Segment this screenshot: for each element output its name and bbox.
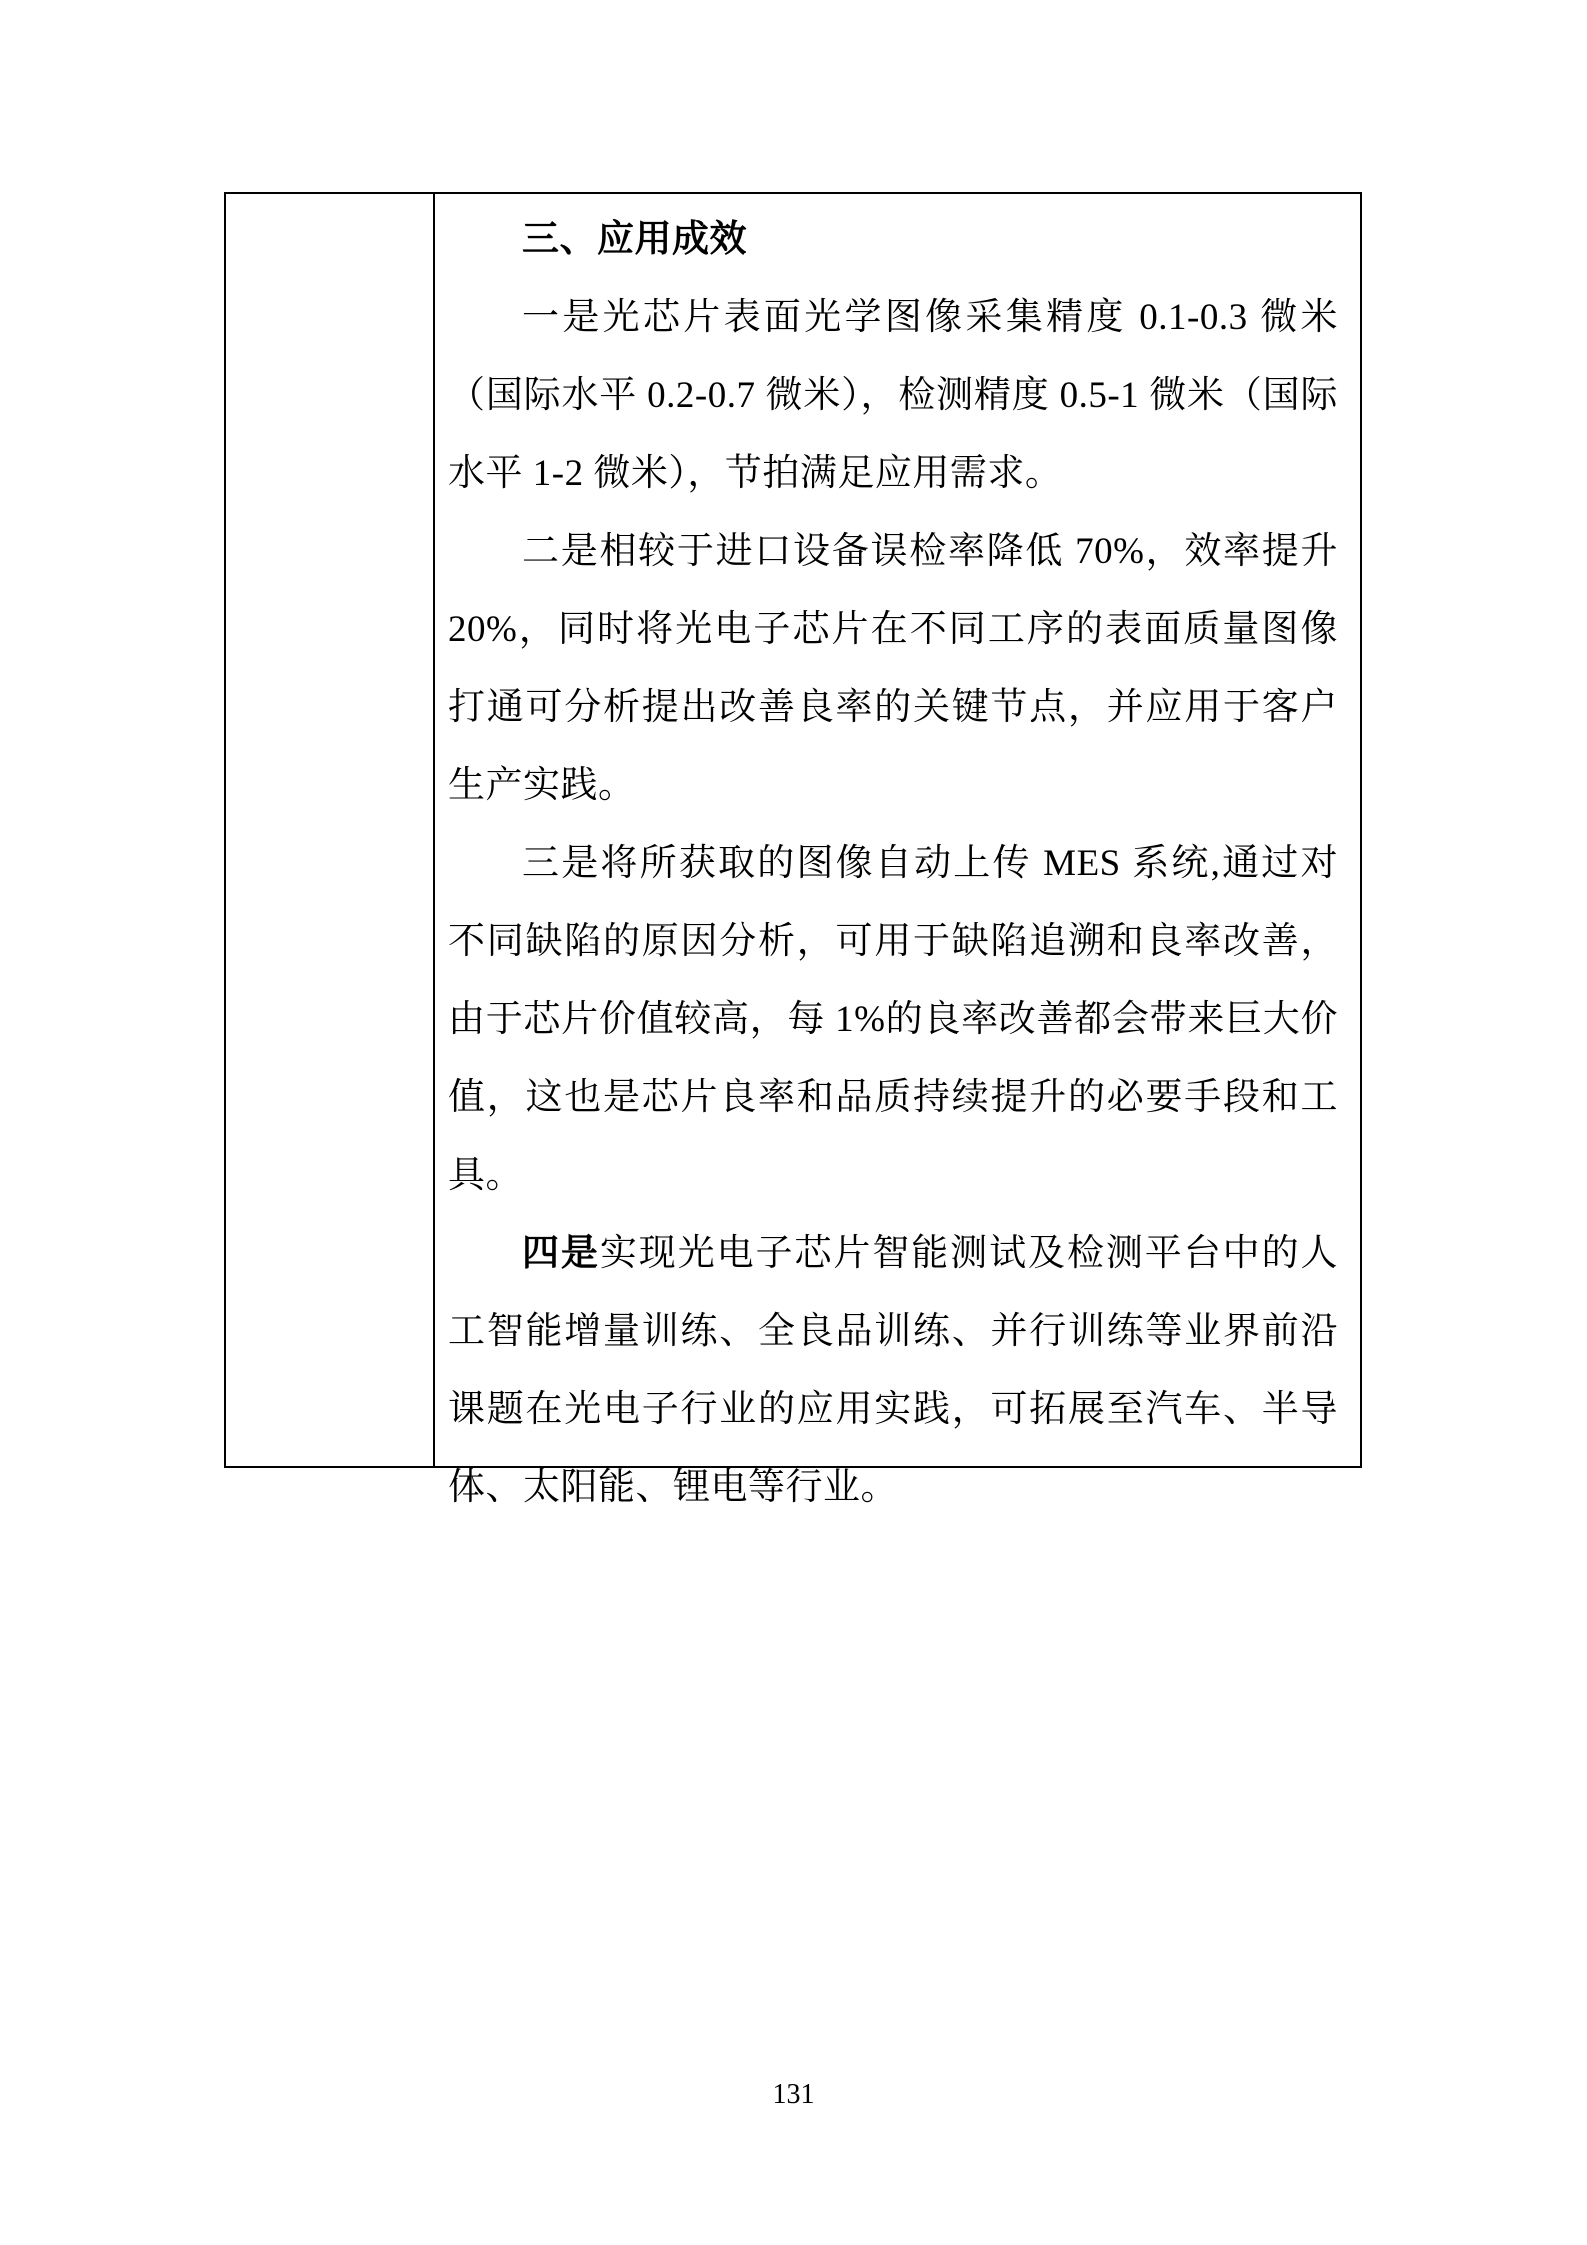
row-label-cell [226, 194, 435, 1466]
paragraph-lead: 三是 [522, 843, 600, 884]
content-table: 三、应用成效 一是光芯片表面光学图像采集精度 0.1-0.3 微米（国际水平 0… [224, 192, 1362, 1468]
paragraph: 一是光芯片表面光学图像采集精度 0.1-0.3 微米（国际水平 0.2-0.7 … [448, 279, 1338, 513]
paragraph: 四是实现光电子芯片智能测试及检测平台中的人工智能增量训练、全良品训练、并行训练等… [448, 1215, 1338, 1527]
paragraph: 二是相较于进口设备误检率降低 70%，效率提升 20%，同时将光电子芯片在不同工… [448, 513, 1338, 825]
content-cell: 三、应用成效 一是光芯片表面光学图像采集精度 0.1-0.3 微米（国际水平 0… [435, 194, 1360, 1466]
section-heading: 三、应用成效 [448, 201, 1338, 279]
paragraph-text: 相较于进口设备误检率降低 70%，效率提升 20%，同时将光电子芯片在不同工序的… [448, 531, 1338, 806]
document-page: 三、应用成效 一是光芯片表面光学图像采集精度 0.1-0.3 微米（国际水平 0… [0, 0, 1587, 2245]
paragraph-lead: 一是 [522, 297, 603, 338]
page-number: 131 [0, 2080, 1587, 2110]
paragraph-text: 实现光电子芯片智能测试及检测平台中的人工智能增量训练、全良品训练、并行训练等业界… [448, 1233, 1338, 1508]
paragraph: 三是将所获取的图像自动上传 MES 系统,通过对不同缺陷的原因分析，可用于缺陷追… [448, 825, 1338, 1215]
paragraph-lead: 四是 [522, 1233, 600, 1274]
paragraph-text: 将所获取的图像自动上传 MES 系统,通过对不同缺陷的原因分析，可用于缺陷追溯和… [448, 843, 1338, 1196]
paragraph-lead: 二是 [522, 531, 599, 572]
